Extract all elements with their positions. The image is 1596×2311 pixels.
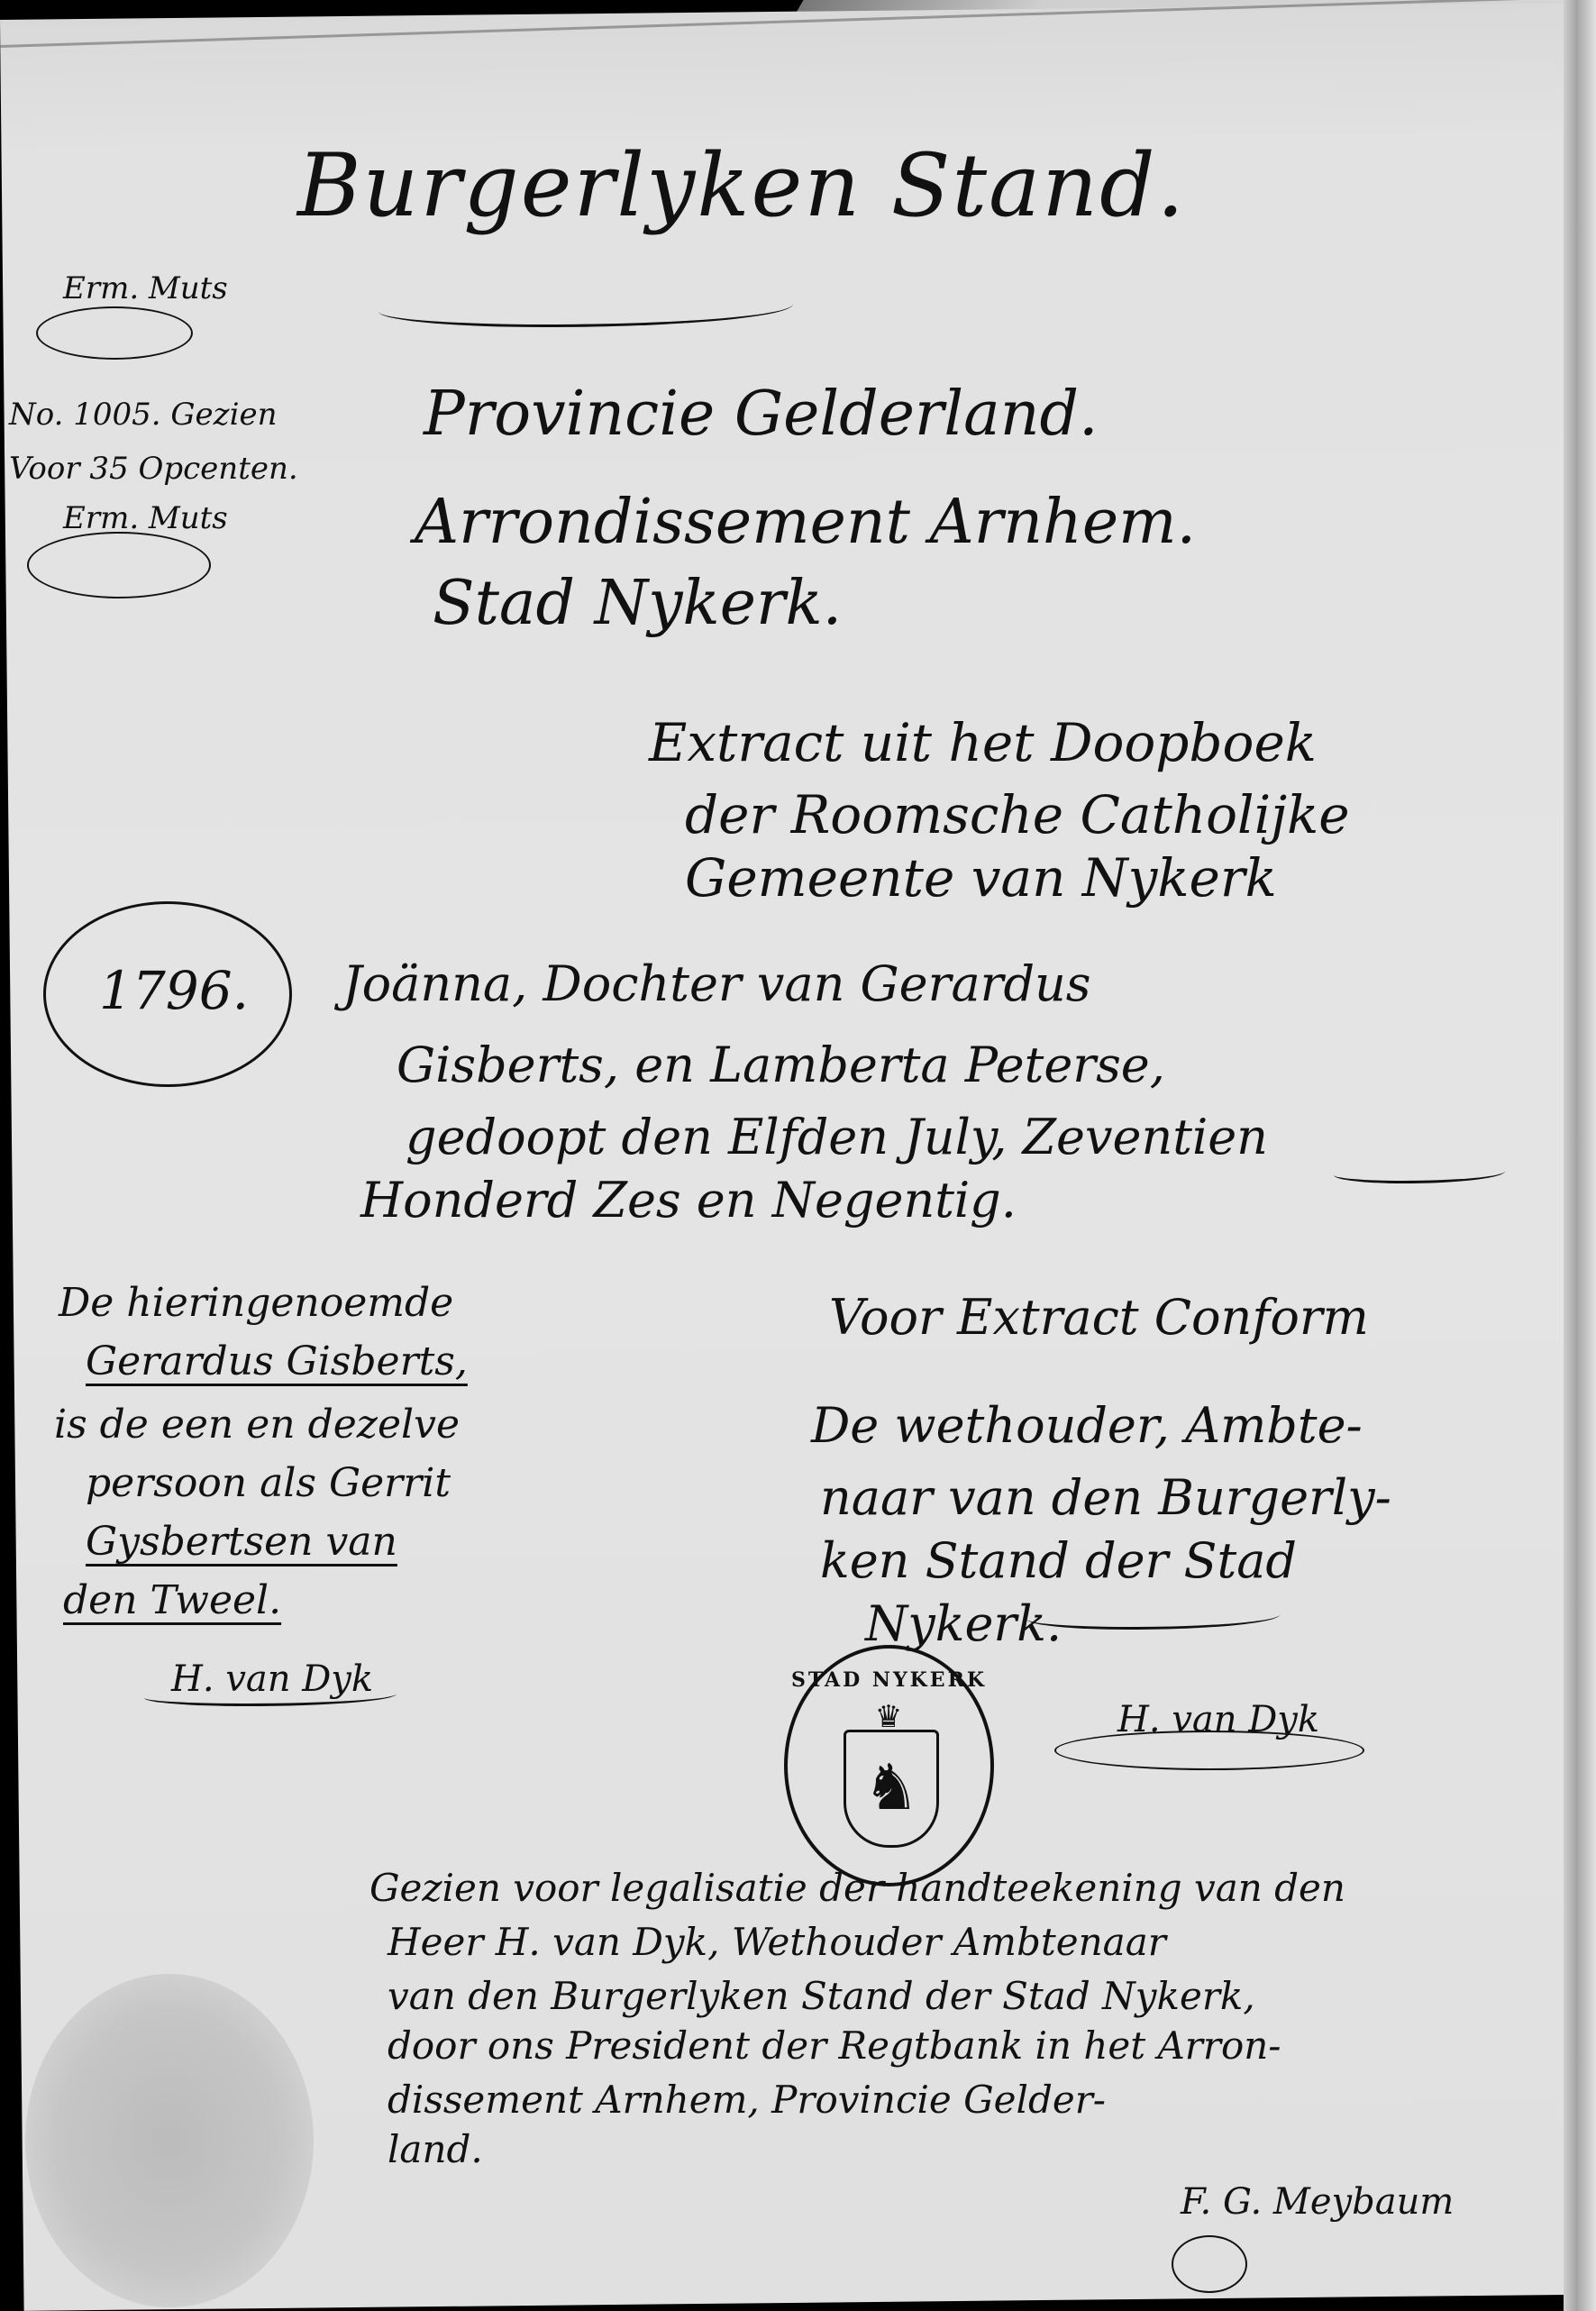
legalisation-signature-flourish (1172, 2235, 1247, 2293)
embossed-seal (25, 1974, 314, 2307)
margin-note-line-1: De hieringenoemde (59, 1280, 453, 1326)
city-line: Stad Nykerk. (433, 568, 842, 639)
legalisation-line-4: door ons President der Regtbank in het A… (388, 2023, 1281, 2068)
margin-note-line-6: den Tweel. (63, 1577, 281, 1623)
legalisation-line-2: Heer H. van Dyk, Wethouder Ambtenaar (388, 1920, 1166, 1964)
city-seal-text: STAD NYKERK (788, 1668, 990, 1692)
entry-line-1: Joänna, Dochter van Gerardus (342, 955, 1091, 1012)
certification-signature-flourish (1054, 1731, 1364, 1770)
entry-line-4: Honderd Zes en Negentig. (360, 1172, 1017, 1229)
entry-year: 1796. (99, 960, 249, 1021)
extract-heading-line-1: Extract uit het Doopboek (649, 712, 1317, 773)
legalisation-line-6: land. (388, 2127, 483, 2171)
margin-signature-1: Erm. Muts (63, 270, 228, 306)
crown-icon: ♛ (844, 1701, 934, 1733)
signature-flourish-2 (27, 532, 211, 598)
entry-line-3: gedoopt den Elfden July, Zeventien (406, 1109, 1268, 1165)
city-seal: STAD NYKERK ♛ ♞ (784, 1645, 994, 1886)
shield-icon: ♞ (844, 1730, 939, 1848)
certification-line-3: naar van den Burgerly- (820, 1469, 1391, 1526)
document-title: Burgerlyken Stand. (297, 135, 1186, 236)
entry-line-2: Gisberts, en Lamberta Peterse, (397, 1037, 1165, 1093)
extract-heading-line-3: Gemeente van Nykerk (685, 847, 1277, 909)
legalisation-signature: F. G. Meybaum (1181, 2181, 1454, 2223)
margin-signature-2: Erm. Muts (63, 500, 228, 536)
page-edge-shadow (1564, 0, 1596, 2311)
certification-line-2: De wethouder, Ambte- (811, 1397, 1363, 1454)
extract-heading-line-2: der Roomsche Catholijke (685, 784, 1350, 845)
lion-icon: ♞ (846, 1750, 936, 1824)
margin-number-line: No. 1005. Gezien (9, 397, 277, 433)
legalisation-line-3: van den Burgerlyken Stand der Stad Nyker… (388, 1974, 1255, 2018)
legalisation-line-5: dissement Arnhem, Provincie Gelder- (388, 2078, 1106, 2122)
certification-line-4: ken Stand der Stad (820, 1532, 1297, 1589)
margin-note-line-4: persoon als Gerrit (86, 1460, 451, 1506)
certification-line-1: Voor Extract Conform (829, 1289, 1369, 1346)
arrondissement-line: Arrondissement Arnhem. (415, 487, 1196, 558)
margin-note-line-2: Gerardus Gisberts, (86, 1338, 468, 1384)
margin-note-line-5: Gysbertsen van (86, 1519, 397, 1565)
margin-note-line-3: is de een en dezelve (54, 1402, 460, 1448)
signature-flourish-1 (36, 306, 193, 360)
province-line: Provincie Gelderland. (424, 379, 1099, 450)
margin-cost-line: Voor 35 Opcenten. (9, 451, 298, 487)
legalisation-line-1: Gezien voor legalisatie der handteekenin… (369, 1866, 1345, 1910)
